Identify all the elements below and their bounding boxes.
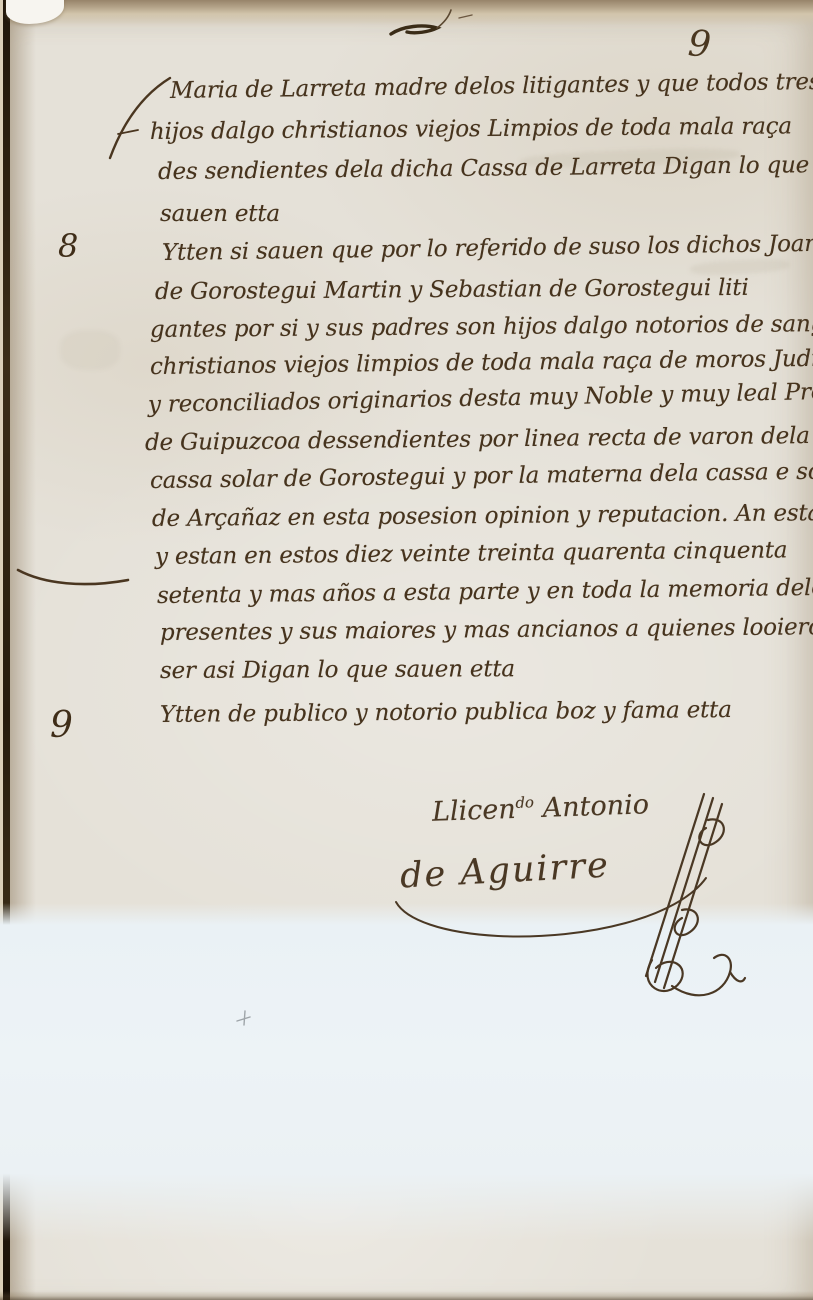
signature-prefix: Llicen — [432, 794, 517, 828]
manuscript-text-line: gantes por si y sus padres son hijos dal… — [150, 313, 813, 342]
margin-pen-stroke — [14, 562, 134, 592]
manuscript-text-line: christianos viejos limpios de toda mala … — [150, 348, 813, 379]
page-bottom-edge — [0, 1291, 813, 1300]
manuscript-text-line: des sendientes dela dicha Cassa de Larre… — [158, 154, 809, 184]
signature-rubric-flourish — [612, 790, 747, 1005]
manuscript-text-line: de Gorostegui Martin y Sebastian de Goro… — [155, 277, 749, 304]
manuscript-text-line: ser asi Digan lo que sauen etta — [160, 658, 515, 683]
manuscript-text-line: y reconciliados originarios desta muy No… — [148, 380, 813, 417]
manuscript-page: 9 Maria de Larreta madre delos litigante… — [0, 0, 813, 1300]
manuscript-text-line: presentes y sus maiores y mas ancianos a… — [160, 616, 813, 645]
verso-bleed-mark — [60, 330, 120, 370]
manuscript-text-line: hijos dalgo christianos viejos Limpios d… — [150, 115, 792, 144]
manuscript-text-line: Ytten de publico y notorio publica boz y… — [160, 699, 732, 727]
cross-mark — [234, 1008, 256, 1030]
manuscript-text-line: cassa solar de Gorostegui y por la mater… — [150, 460, 813, 493]
margin-item-number-9: 9 — [50, 708, 73, 744]
manuscript-text-line: setenta y mas años a esta parte y en tod… — [157, 577, 813, 608]
margin-item-number-8: 8 — [58, 230, 78, 262]
manuscript-text-line: y estan en estos diez veinte treinta qua… — [155, 539, 788, 569]
manuscript-text-line: de Guipuzcoa dessendientes por linea rec… — [145, 424, 813, 455]
top-pen-flourish — [385, 8, 480, 42]
manuscript-text-line: sauen etta — [160, 203, 280, 226]
signature-superscript: do — [515, 793, 534, 812]
verso-bleed-mark — [690, 257, 791, 276]
manuscript-text-line: Maria de Larreta madre delos litigantes … — [170, 70, 813, 103]
folio-number: 9 — [687, 23, 713, 65]
manuscript-text-line: de Arçañaz en esta posesion opinion y re… — [152, 502, 813, 531]
manuscript-text-line: Ytten si sauen que por lo referido de su… — [162, 232, 813, 265]
